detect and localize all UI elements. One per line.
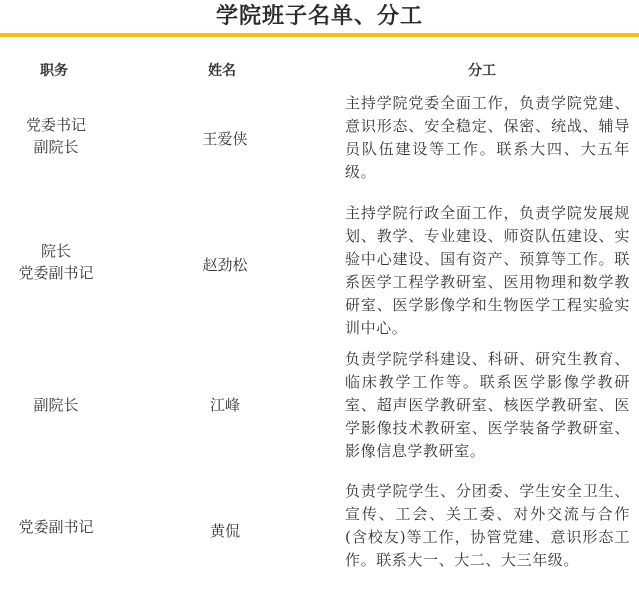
role-line: 副院长 xyxy=(0,136,112,158)
role-line: 党委书记 xyxy=(0,114,112,136)
title-underline-divider xyxy=(0,33,639,37)
name-cell: 王爱侠 xyxy=(170,128,280,150)
duty-cell: 负责学院学科建设、科研、研究生教育、临床教学工作等。联系医学影像学教研室、超声医… xyxy=(345,348,630,463)
header-name: 姓名 xyxy=(208,60,236,80)
role-line: 党委副书记 xyxy=(0,516,112,538)
page-title: 学院班子名单、分工 xyxy=(0,0,639,32)
role-cell: 党委书记 副院长 xyxy=(0,114,112,158)
table-row: 院长 党委副书记 赵劲松 主持学院行政全面工作，负责学院发展规划、教学、专业建设… xyxy=(0,202,639,340)
role-line: 副院长 xyxy=(0,394,112,416)
role-cell: 副院长 xyxy=(0,394,112,416)
duty-cell: 负责学院学生、分团委、学生安全卫生、宣传、工会、关工委、对外交流与合作(含校友)… xyxy=(345,480,630,572)
table-header: 职务 姓名 分工 xyxy=(0,60,639,82)
duty-cell: 主持学院行政全面工作，负责学院发展规划、教学、专业建设、师资队伍建设、实验中心建… xyxy=(345,202,630,340)
name-cell: 江峰 xyxy=(170,394,280,416)
name-cell: 黄侃 xyxy=(170,520,280,542)
role-cell: 院长 党委副书记 xyxy=(0,240,112,284)
header-role: 职务 xyxy=(40,60,68,80)
role-cell: 党委副书记 xyxy=(0,516,112,538)
role-line: 党委副书记 xyxy=(0,262,112,284)
role-line: 院长 xyxy=(0,240,112,262)
table-row: 党委书记 副院长 王爱侠 主持学院党委全面工作，负责学院党建、意识形态、安全稳定… xyxy=(0,92,639,184)
header-duty: 分工 xyxy=(468,60,496,80)
table-row: 副院长 江峰 负责学院学科建设、科研、研究生教育、临床教学工作等。联系医学影像学… xyxy=(0,348,639,462)
title-bar: 学院班子名单、分工 xyxy=(0,0,639,34)
table-row: 党委副书记 黄侃 负责学院学生、分团委、学生安全卫生、宣传、工会、关工委、对外交… xyxy=(0,480,639,594)
name-cell: 赵劲松 xyxy=(170,254,280,276)
duty-cell: 主持学院党委全面工作，负责学院党建、意识形态、安全稳定、保密、统战、辅导员队伍建… xyxy=(345,92,630,184)
